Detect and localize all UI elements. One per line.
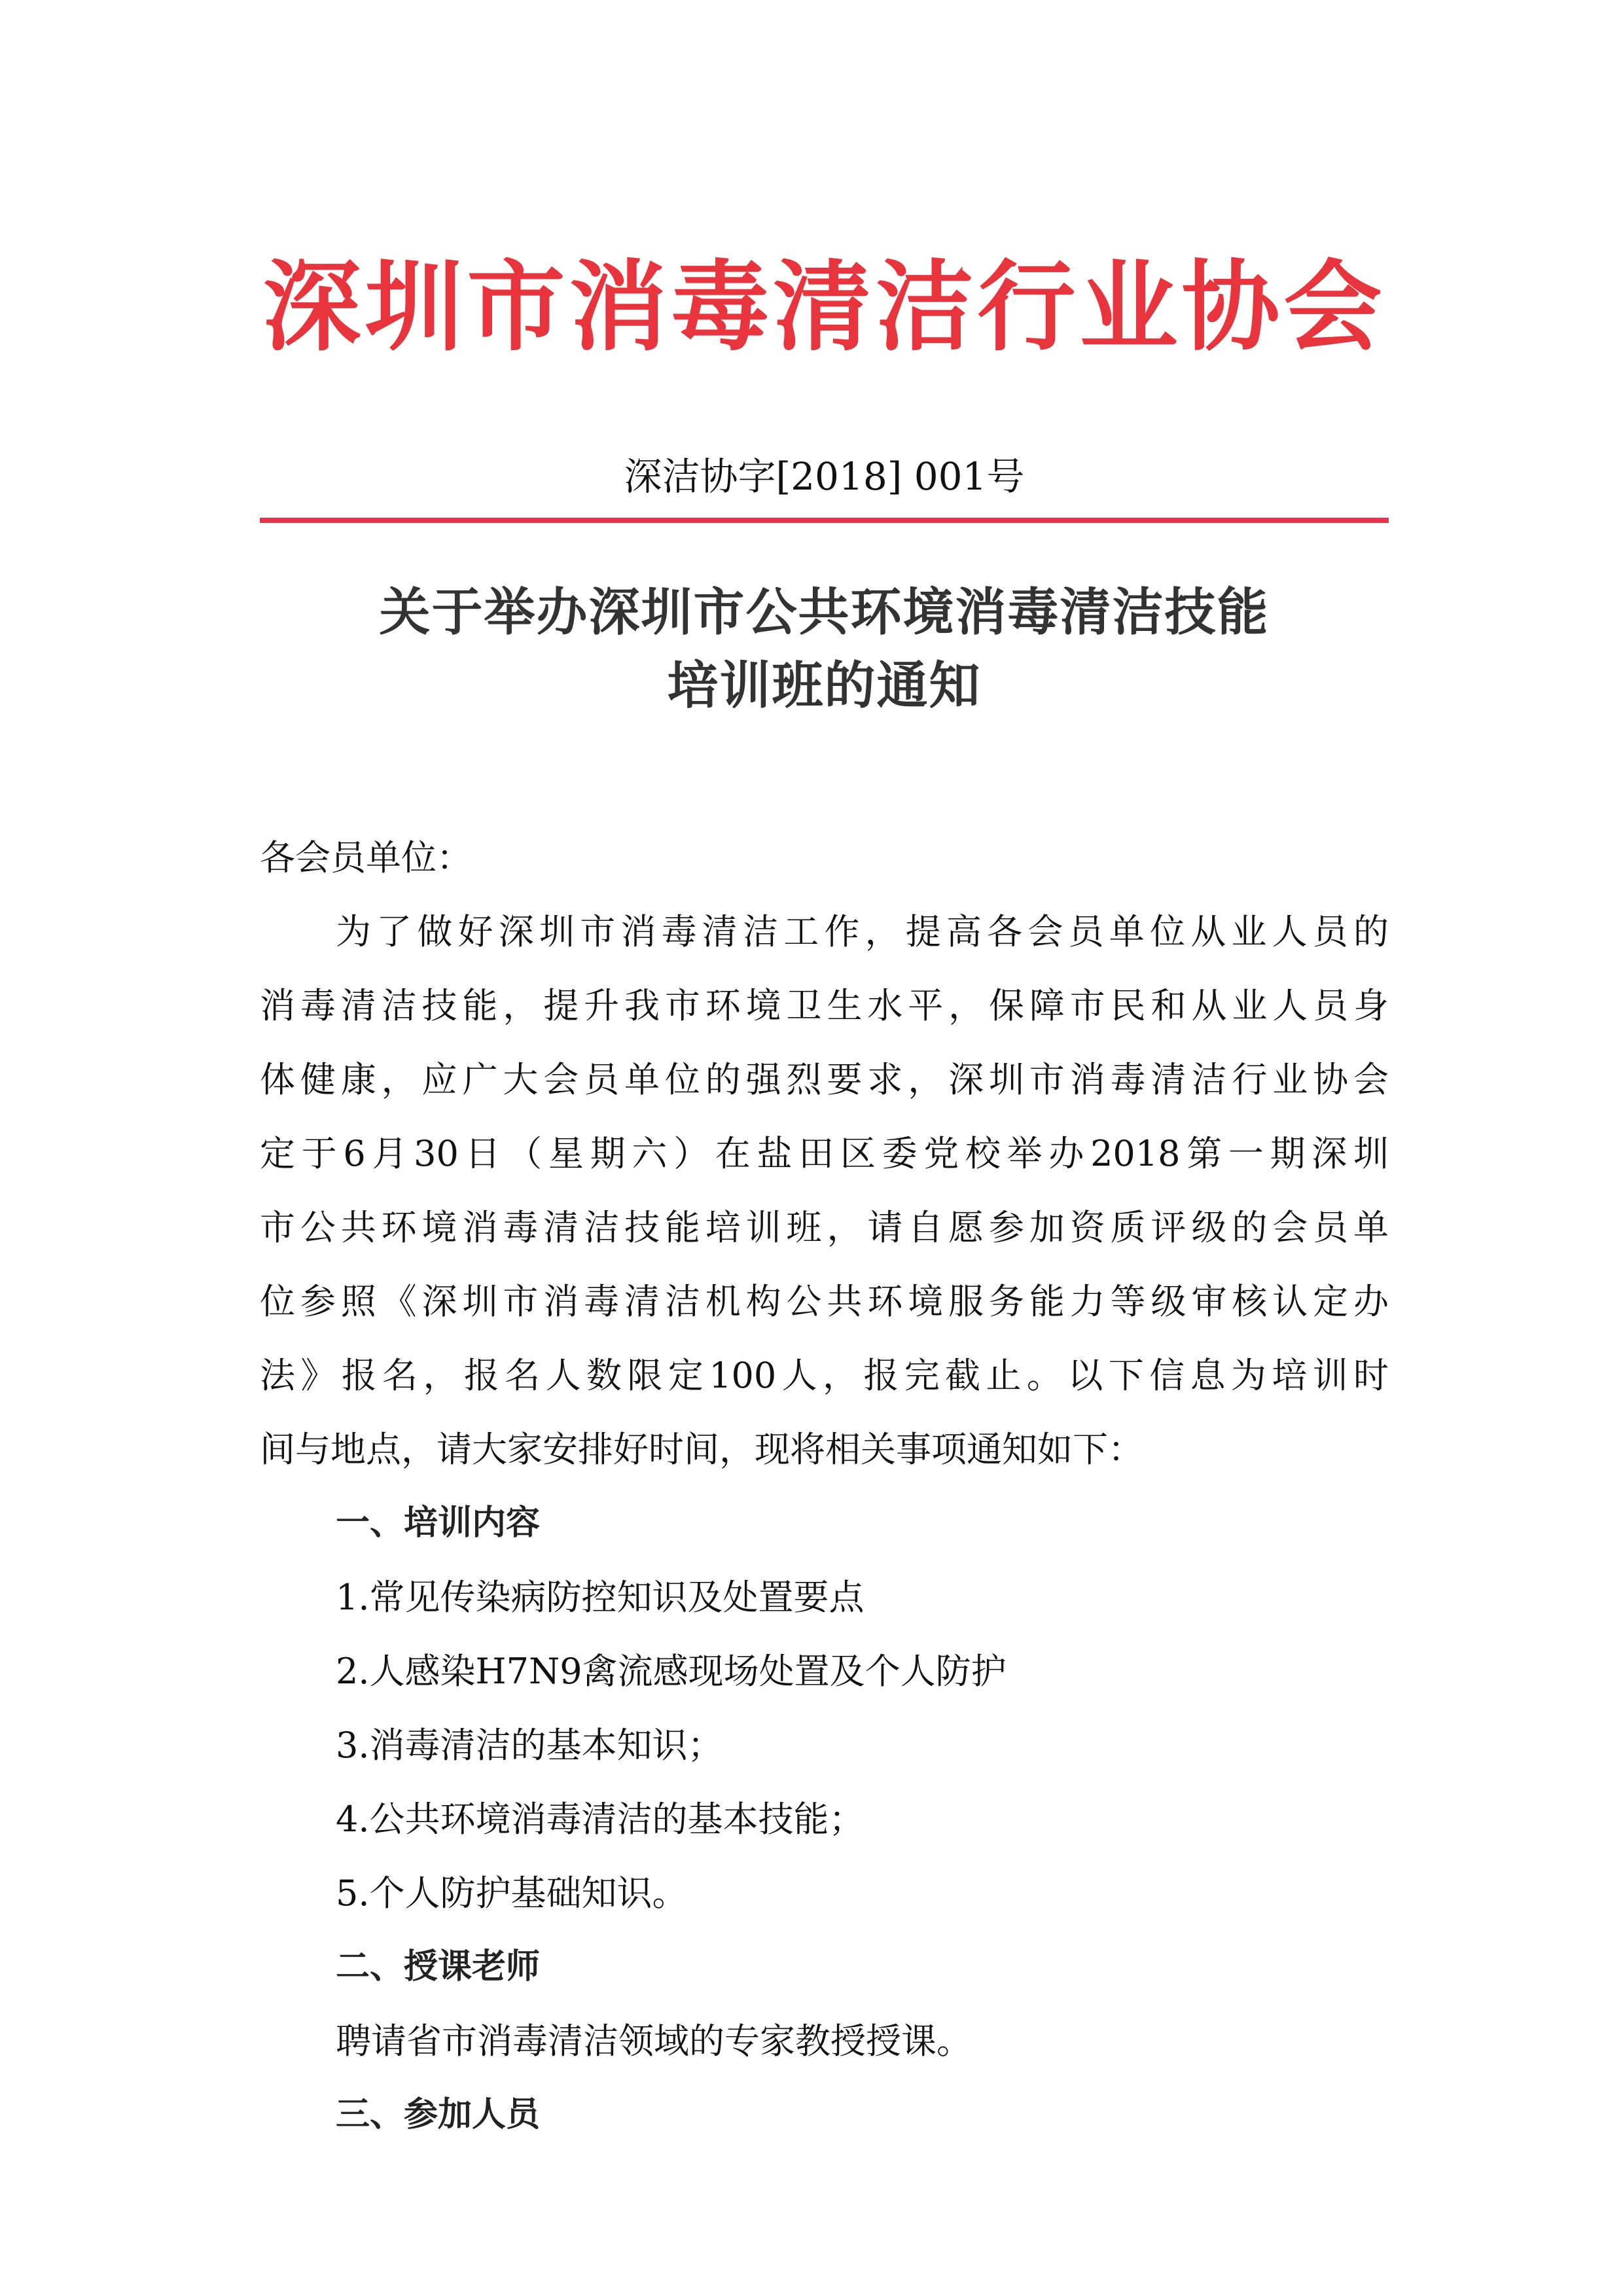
list-item: 3.消毒清洁的基本知识；: [260, 1708, 1389, 1782]
document-number: 深洁协字[2018] 001号: [260, 450, 1389, 503]
section-heading-training-content: 一、培训内容: [260, 1486, 1389, 1560]
document-page: 深圳市消毒清洁行业协会 深洁协字[2018] 001号 关于举办深圳市公共环境消…: [0, 0, 1623, 2296]
organization-masthead: 深圳市消毒清洁行业协会: [260, 252, 1389, 363]
paragraph-line: 消毒清洁技能，提升我市环境卫生水平，保障市民和从业人员身: [260, 969, 1389, 1043]
salutation: 各会员单位：: [260, 821, 1389, 895]
document-body: 各会员单位： 为了做好深圳市消毒清洁工作，提高各会员单位从业人员的 消毒清洁技能…: [260, 821, 1389, 2152]
title-line-1: 关于举办深圳市公共环境消毒清洁技能: [260, 576, 1389, 649]
list-item: 2.人感染H7N9禽流感现场处置及个人防护: [260, 1634, 1389, 1708]
paragraph-line: 法》报名，报名人数限定100人，报完截止。以下信息为培训时: [260, 1338, 1389, 1412]
paragraph-line: 为了做好深圳市消毒清洁工作，提高各会员单位从业人员的: [260, 895, 1389, 969]
paragraph-line: 定于6月30日（星期六）在盐田区委党校举办2018第一期深圳: [260, 1117, 1389, 1191]
paragraph-line: 位参照《深圳市消毒清洁机构公共环境服务能力等级审核认定办: [260, 1265, 1389, 1338]
red-divider-rule: [260, 518, 1389, 523]
section-heading-instructors: 二、授课老师: [260, 1930, 1389, 2004]
section-heading-participants: 三、参加人员: [260, 2078, 1389, 2152]
paragraph-line: 市公共环境消毒清洁技能培训班，请自愿参加资质评级的会员单: [260, 1191, 1389, 1265]
document-title: 关于举办深圳市公共环境消毒清洁技能 培训班的通知: [260, 576, 1389, 723]
list-item: 1.常见传染病防控知识及处置要点: [260, 1560, 1389, 1634]
list-item: 4.公共环境消毒清洁的基本技能；: [260, 1782, 1389, 1856]
title-line-2: 培训班的通知: [260, 649, 1389, 723]
paragraph-line: 体健康，应广大会员单位的强烈要求，深圳市消毒清洁行业协会: [260, 1043, 1389, 1117]
paragraph-line: 间与地点，请大家安排好时间，现将相关事项通知如下：: [260, 1412, 1389, 1486]
list-item: 聘请省市消毒清洁领域的专家教授授课。: [260, 2004, 1389, 2078]
list-item: 5.个人防护基础知识。: [260, 1856, 1389, 1930]
